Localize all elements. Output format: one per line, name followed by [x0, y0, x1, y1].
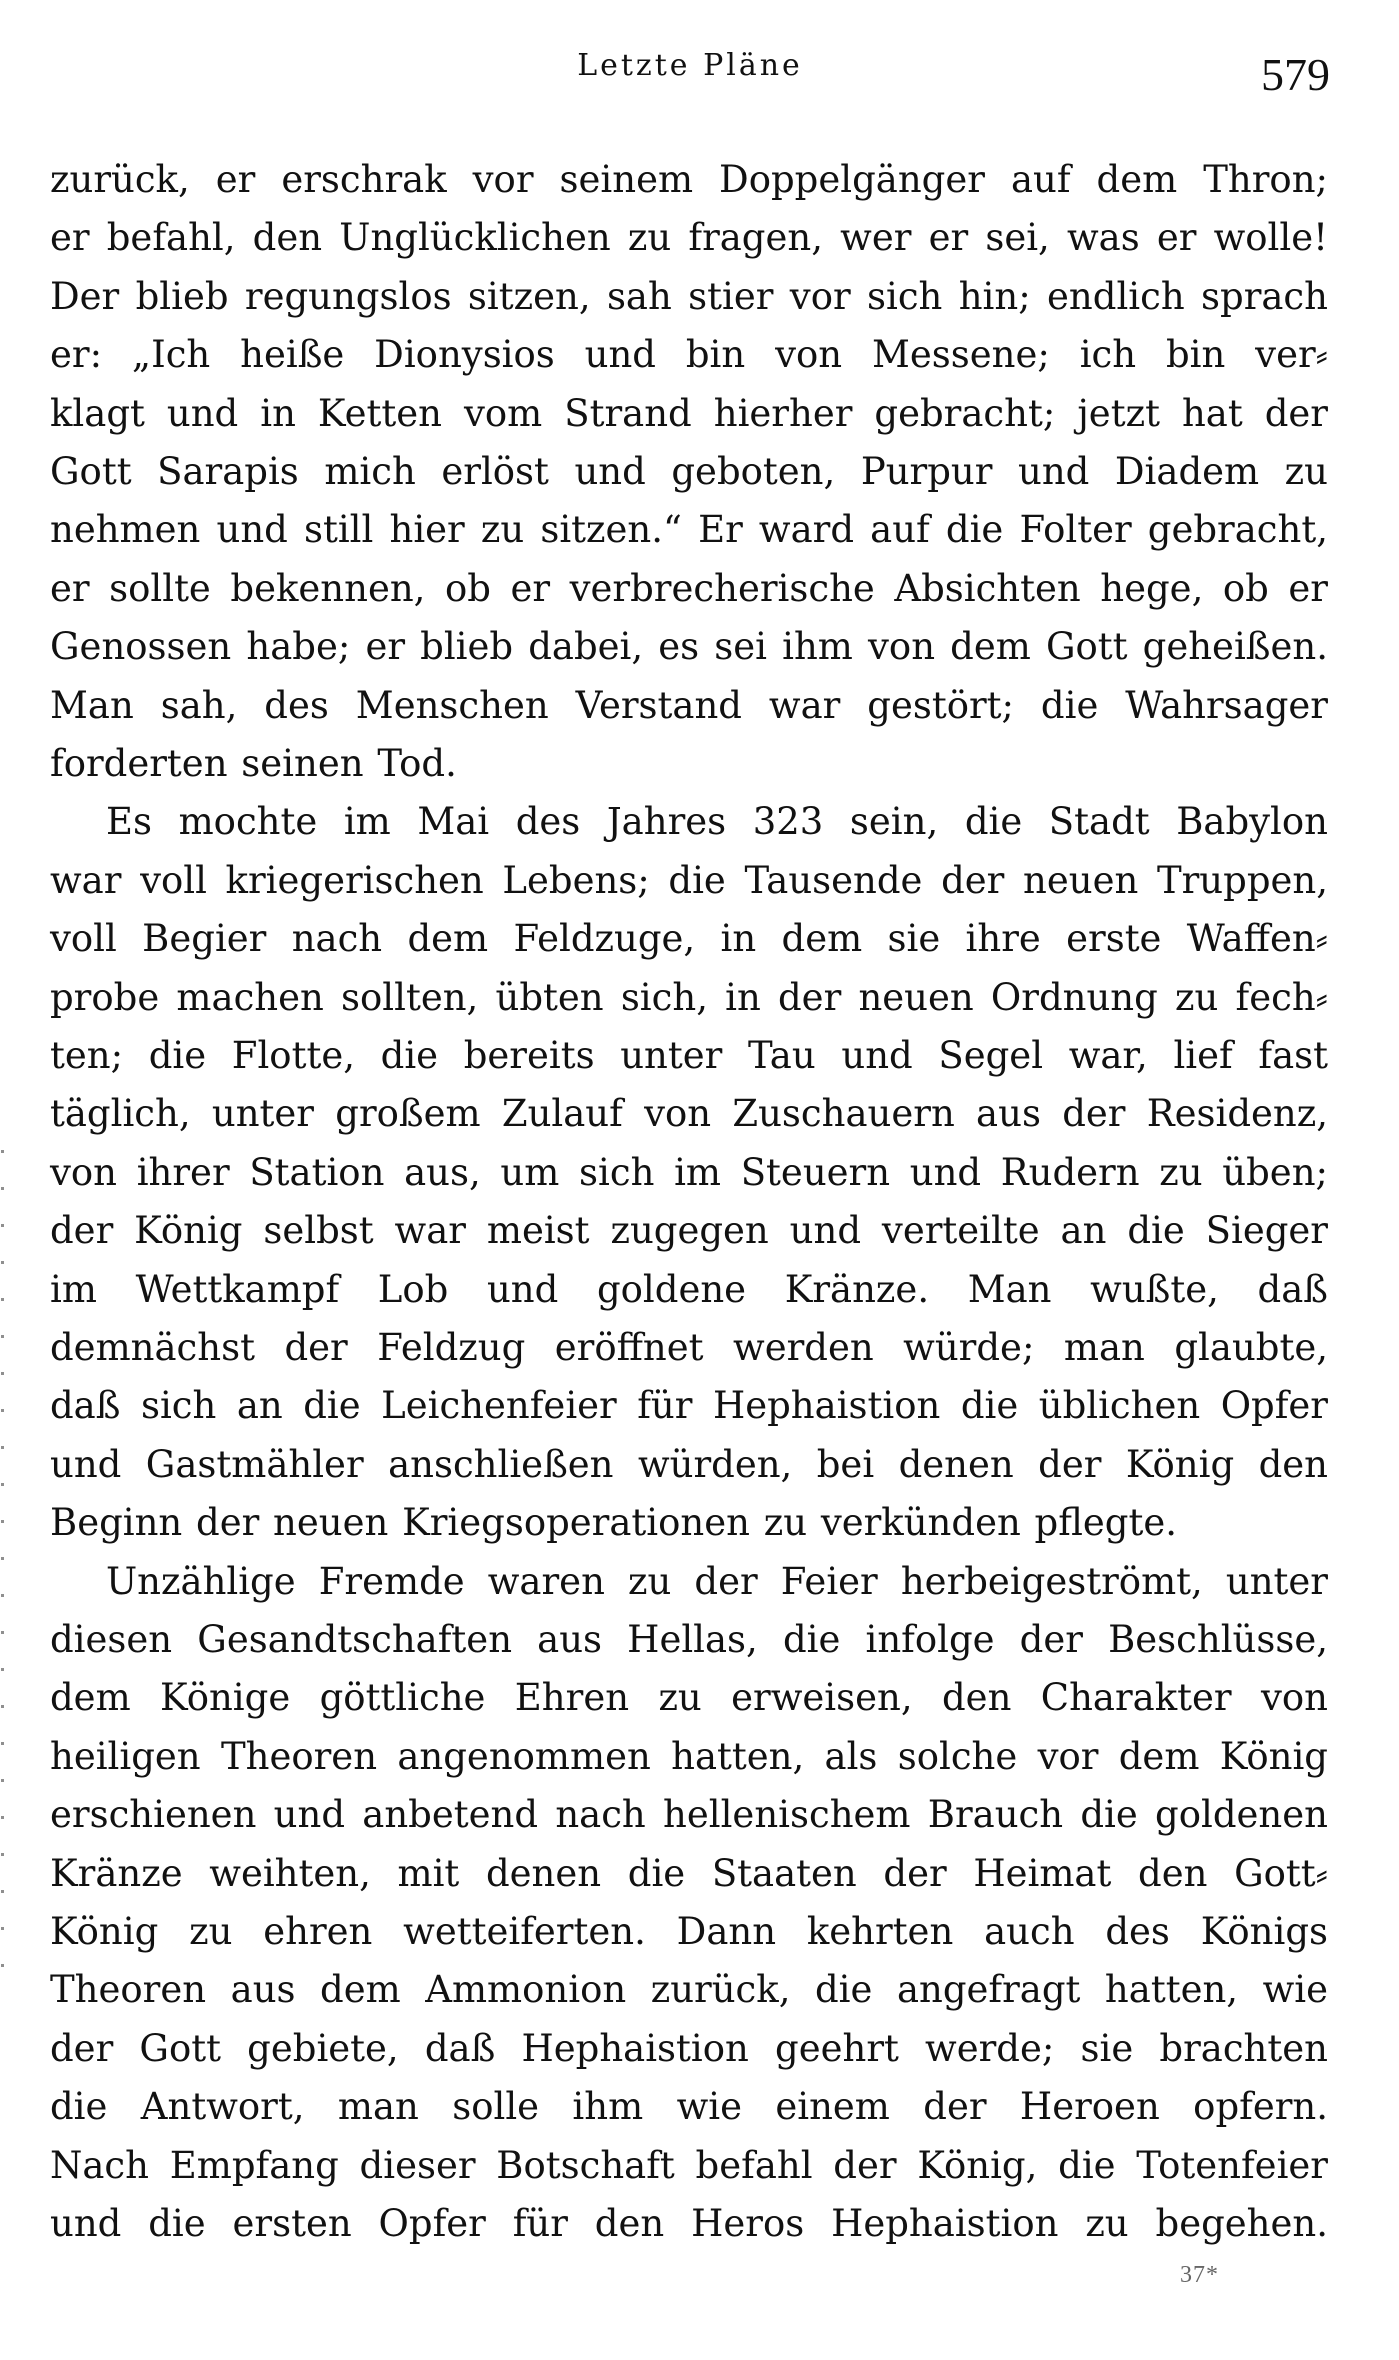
text-line: forderten seinen Tod. — [50, 735, 1328, 793]
text-line: Gott Sarapis mich erlöst und geboten, Pu… — [50, 443, 1328, 501]
text-line: er sollte bekennen, ob er verbrecherisch… — [50, 560, 1328, 618]
text-line: täglich, unter großem Zulauf von Zuschau… — [50, 1085, 1328, 1143]
text-line: König zu ehren wetteiferten. Dann kehrte… — [50, 1903, 1328, 1961]
text-line: und die ersten Opfer für den Heros Hepha… — [50, 2195, 1328, 2253]
text-line: erschienen und anbetend nach hellenische… — [50, 1786, 1328, 1844]
text-line: Unzählige Fremde waren zu der Feier herb… — [106, 1553, 1328, 1611]
text-line: Kränze weihten, mit denen die Staaten de… — [50, 1845, 1328, 1903]
body-text: zurück, er erschrak vor seinem Doppelgän… — [0, 0, 1399, 2360]
text-line: er: „Ich heiße Dionysios und bin von Mes… — [50, 326, 1328, 384]
text-line: nehmen und still hier zu sitzen.“ Er war… — [50, 501, 1328, 559]
text-line: dem Könige göttliche Ehren zu erweisen, … — [50, 1669, 1328, 1727]
text-line: daß sich an die Leichenfeier für Hephais… — [50, 1377, 1328, 1435]
text-line: die Antwort, man solle ihm wie einem der… — [50, 2078, 1328, 2136]
text-line: und Gastmähler anschließen würden, bei d… — [50, 1436, 1328, 1494]
signature-mark: 37* — [1180, 2262, 1240, 2289]
text-line: probe machen sollten, übten sich, in der… — [50, 969, 1328, 1027]
book-page: Letzte Pläne 579 zurück, er erschrak vor… — [0, 0, 1399, 2360]
text-line: Theoren aus dem Ammonion zurück, die ang… — [50, 1961, 1328, 2019]
text-line: Der blieb regungslos sitzen, sah stier v… — [50, 268, 1328, 326]
text-line: Es mochte im Mai des Jahres 323 sein, di… — [106, 793, 1328, 851]
text-line: zurück, er erschrak vor seinem Doppelgän… — [50, 151, 1328, 209]
text-line: von ihrer Station aus, um sich im Steuer… — [50, 1144, 1328, 1202]
text-line: voll Begier nach dem Feldzuge, in dem si… — [50, 910, 1328, 968]
text-line: Nach Empfang dieser Botschaft befahl der… — [50, 2137, 1328, 2195]
text-line: Man sah, des Menschen Verstand war gestö… — [50, 677, 1328, 735]
text-line: diesen Gesandtschaften aus Hellas, die i… — [50, 1611, 1328, 1669]
scan-edge-artifact — [1, 1150, 4, 2000]
text-line: klagt und in Ketten vom Strand hierher g… — [50, 385, 1328, 443]
text-line: der König selbst war meist zugegen und v… — [50, 1202, 1328, 1260]
text-line: war voll kriegerischen Lebens; die Tause… — [50, 852, 1328, 910]
text-line: Beginn der neuen Kriegsoperationen zu ve… — [50, 1494, 1328, 1552]
text-line: der Gott gebiete, daß Hephaistion geehrt… — [50, 2020, 1328, 2078]
text-line: im Wettkampf Lob und goldene Kränze. Man… — [50, 1261, 1328, 1319]
text-line: Genossen habe; er blieb dabei, es sei ih… — [50, 618, 1328, 676]
text-line: heiligen Theoren angenommen hatten, als … — [50, 1728, 1328, 1786]
text-line: ten; die Flotte, die bereits unter Tau u… — [50, 1027, 1328, 1085]
text-line: demnächst der Feldzug eröffnet werden wü… — [50, 1319, 1328, 1377]
text-line: er befahl, den Unglücklichen zu fragen, … — [50, 209, 1328, 267]
